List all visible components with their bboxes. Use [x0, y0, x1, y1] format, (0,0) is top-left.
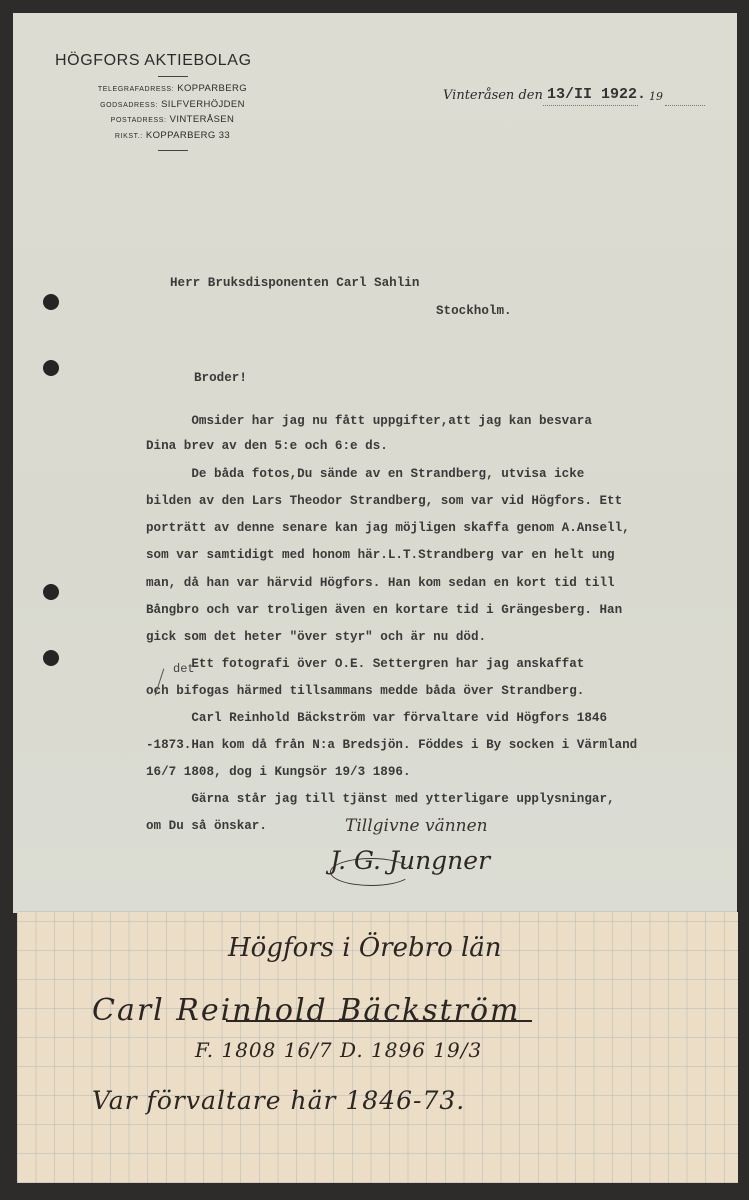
card-life-dates: F. 1808 16/7 D. 1896 19/3	[195, 1038, 482, 1062]
body-line: och bifogas härmed tillsammans medde båd…	[146, 684, 584, 698]
addressee-name: Herr Bruksdisponenten Carl Sahlin	[170, 276, 419, 290]
body-line: porträtt av denne senare kan jag möjlige…	[146, 521, 630, 535]
letterhead: HÖGFORS AKTIEBOLAG TELEGRAFADRESS: KOPPA…	[55, 52, 290, 156]
card-note: Var förvaltare här 1846-73.	[92, 1086, 465, 1115]
dateline: Vinteråsen den 13/II 1922. 19	[440, 86, 710, 110]
punch-hole	[43, 650, 59, 666]
body-line: Dina brev av den 5:e och 6:e ds.	[146, 439, 388, 453]
body-line: om Du så önskar.	[146, 819, 267, 833]
addressee-city: Stockholm.	[436, 304, 512, 318]
body-line: -1873.Han kom då från N:a Bredsjön. Född…	[146, 738, 637, 752]
body-line: gick som det heter "över styr" och är nu…	[146, 630, 486, 644]
signature-name: J. G. Jungner	[330, 846, 490, 875]
body-line: Omsider har jag nu fått uppgifter,att ja…	[146, 414, 592, 428]
signature-closing: Tillgivne vännen	[345, 816, 488, 836]
body-line: Gärna står jag till tjänst med ytterliga…	[146, 792, 615, 806]
punch-hole	[43, 584, 59, 600]
divider	[158, 76, 188, 77]
body-line: Ett fotografi över O.E. Settergren har j…	[146, 657, 584, 671]
card-title: Högfors i Örebro län	[228, 933, 502, 963]
dateline-place: Vinteråsen den	[443, 88, 543, 103]
punch-hole	[43, 294, 59, 310]
body-line: Bångbro och var troligen även en kortare…	[146, 603, 622, 617]
handwritten-insertion: det	[173, 662, 195, 676]
body-line: De båda fotos,Du sände av en Strandberg,…	[146, 467, 584, 481]
company-name: HÖGFORS AKTIEBOLAG	[55, 52, 290, 70]
letterhead-telephone: RIKST.: KOPPARBERG 33	[55, 129, 290, 145]
dotted-rule	[665, 105, 705, 106]
punch-hole	[43, 360, 59, 376]
body-line: 16/7 1808, dog i Kungsör 19/3 1896.	[146, 765, 411, 779]
dotted-rule	[543, 105, 638, 106]
body-line: bilden av den Lars Theodor Strandberg, s…	[146, 494, 622, 508]
letterhead-postal-address: POSTADRESS: VINTERÅSEN	[55, 113, 290, 129]
body-line: man, då han var härvid Högfors. Han kom …	[146, 576, 615, 590]
letter-date: 13/II 1922.	[547, 86, 646, 103]
body-line: Carl Reinhold Bäckström var förvaltare v…	[146, 711, 607, 725]
letterhead-telegraph: TELEGRAFADRESS: KOPPARBERG	[55, 82, 290, 98]
salutation: Broder!	[194, 371, 247, 385]
year-prefix: 19	[649, 90, 663, 103]
letterhead-goods-address: GODSADRESS: SILFVERHÖJDEN	[55, 98, 290, 114]
card-person-name: Carl Reinhold Bäckström	[92, 993, 521, 1028]
divider	[158, 150, 188, 151]
body-line: som var samtidigt med honom här.L.T.Stra…	[146, 548, 615, 562]
